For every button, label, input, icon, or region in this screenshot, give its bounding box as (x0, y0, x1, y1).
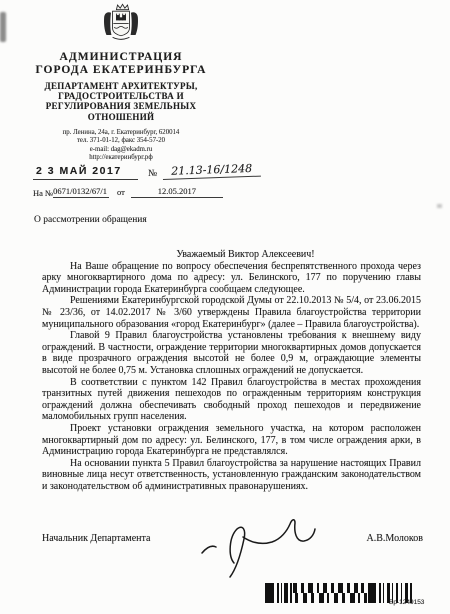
email-address: e-mail: dag@ekadm.ru (0, 146, 242, 154)
body-paragraph: Главой 9 Правил благоустройства установл… (42, 330, 421, 376)
barcode-label: Вр-1249153 (389, 599, 424, 606)
body-paragraph: На основании пункта 5 Правил благоустрой… (42, 458, 421, 493)
scan-artifact (437, 204, 442, 208)
department-line: ГРАДОСТРОИТЕЛЬСТВА И (0, 91, 242, 101)
signee-name: А.В.Молоков (367, 533, 423, 544)
incoming-reference-row: На № 0671/0132/67/1 от 12.05.2017 (33, 186, 283, 198)
org-name-line1: АДМИНИСТРАЦИЯ (0, 51, 242, 64)
department-name: ДЕПАРТАМЕНТ АРХИТЕКТУРЫ, ГРАДОСТРОИТЕЛЬС… (0, 81, 242, 122)
department-line: РЕГУЛИРОВАНИЯ ЗЕМЕЛЬНЫХ (0, 101, 242, 111)
phone-fax: тел. 371-01-12, факс 354-57-20 (0, 137, 242, 145)
coat-of-arms-icon (98, 2, 144, 48)
outgoing-number-handwritten: 21.13-16/1248 (163, 162, 261, 180)
date-stamp: 2 3 МАЙ 2017 (33, 165, 138, 180)
body-paragraph: В соответствии с пунктом 142 Правил благ… (42, 377, 421, 423)
handwritten-signature-icon (198, 516, 333, 580)
outgoing-reference-row: 2 3 МАЙ 2017 № 21.13-16/1248 (33, 165, 283, 180)
scan-artifact (0, 12, 6, 42)
body-paragraph: На Ваше обращение по вопросу обеспечения… (42, 261, 421, 296)
incoming-date: 12.05.2017 (131, 186, 223, 198)
salutation: Уважаемый Виктор Алексеевич! (42, 249, 421, 261)
incoming-number: 0671/0132/67/1 (53, 186, 109, 198)
registration-block: 2 3 МАЙ 2017 № 21.13-16/1248 На № 0671/0… (33, 165, 283, 198)
body-paragraph: Решениями Екатеринбургской городской Дум… (42, 295, 421, 330)
letter-body: Уважаемый Виктор Алексеевич! На Ваше обр… (42, 249, 421, 492)
letterhead: АДМИНИСТРАЦИЯ ГОРОДА ЕКАТЕРИНБУРГА ДЕПАР… (0, 2, 242, 162)
scanned-letter-page: АДМИНИСТРАЦИЯ ГОРОДА ЕКАТЕРИНБУРГА ДЕПАР… (0, 0, 450, 614)
department-line: ДЕПАРТАМЕНТ АРХИТЕКТУРЫ, (0, 81, 242, 91)
number-sign: № (148, 169, 157, 179)
body-paragraph: Проект установки ограждения земельного у… (42, 423, 421, 458)
from-label: от (117, 187, 125, 197)
subject-line: О рассмотрении обращения (34, 215, 147, 225)
contact-info: пр. Ленина, 24а, г. Екатеринбург, 620014… (0, 129, 242, 163)
department-line: ОТНОШЕНИЙ (0, 112, 242, 122)
org-name-line2: ГОРОДА ЕКАТЕРИНБУРГА (0, 64, 242, 77)
incoming-number-label: На № (33, 188, 53, 198)
signer-position-title: Начальник Департамента (42, 533, 150, 544)
website-address: http://екатеринбург.рф (0, 154, 242, 162)
postal-address: пр. Ленина, 24а, г. Екатеринбург, 620014 (0, 129, 242, 137)
